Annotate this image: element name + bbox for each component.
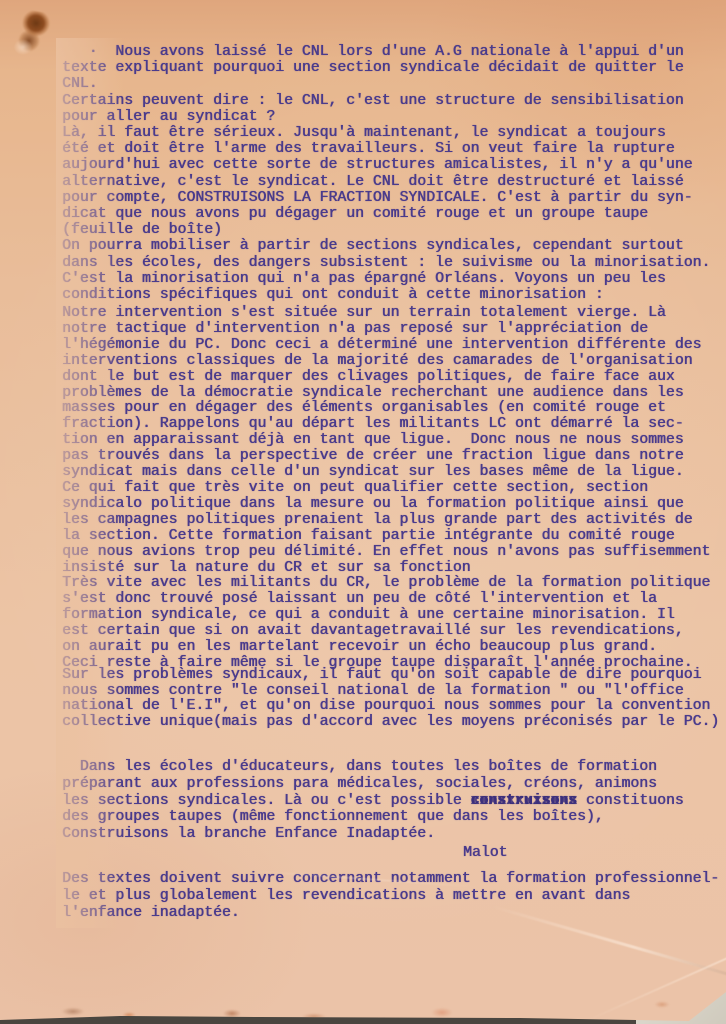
bottom-edge-stain [120,1011,138,1019]
typed-paragraph-4: Dans les écoles d'éducateurs, dans toute… [62,759,726,843]
typed-paragraph-2: Notre intervention s'est située sur un t… [62,306,726,672]
typed-paragraph-1: · Nous avons laissé le CNL lors d'une A.… [62,44,726,303]
signature: Malot [463,845,583,862]
document-page: · Nous avons laissé le CNL lors d'une A.… [0,0,726,1024]
bottom-edge-stain [220,1008,244,1019]
bottom-edge-stain [652,1000,672,1009]
overstruck-x-overlay: xxxxxxxxxxxx [470,793,577,810]
overstruck-word: construisonsxxxxxxxxxxxx [470,793,577,810]
bottom-edge-stain [298,1012,330,1021]
bottom-edge-stain [58,1006,88,1017]
typed-paragraph-5: Des textes doivent suivre concernant not… [62,871,726,922]
paper-dent [10,36,36,58]
bottom-edge-stain [428,1006,456,1019]
typed-paragraph-3: Sur les problèmes syndicaux, il faut qu'… [62,668,726,730]
scanner-background: · Nous avons laissé le CNL lors d'une A.… [0,0,726,1024]
